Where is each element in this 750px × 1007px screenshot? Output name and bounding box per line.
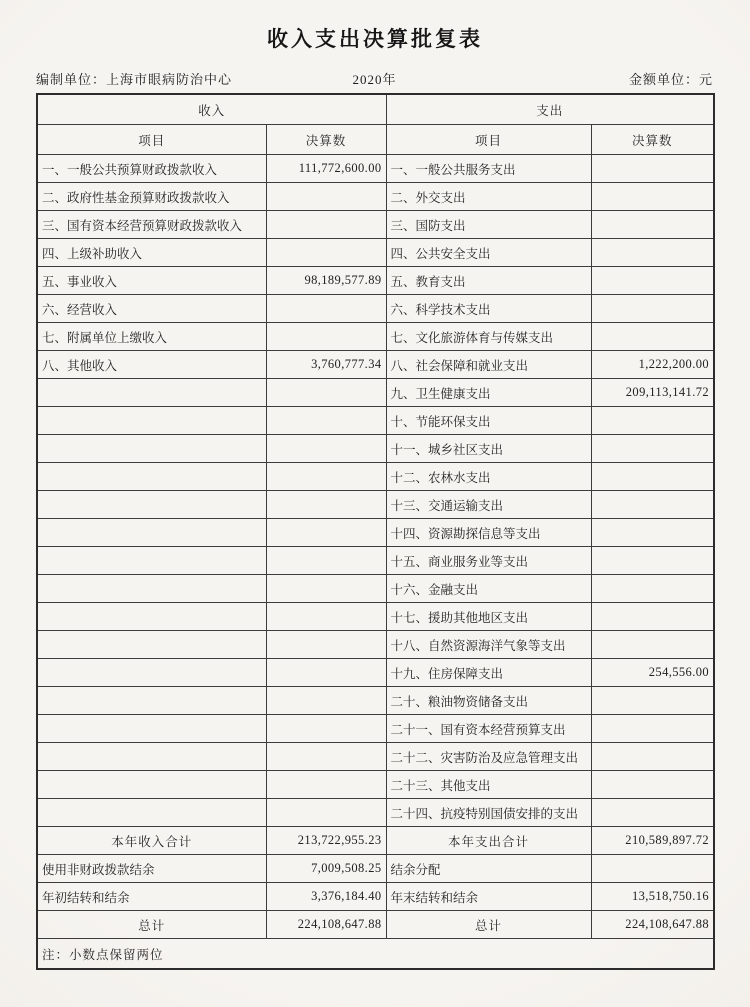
table-row: 十九、住房保障支出254,556.00 [37,659,714,687]
expense-total-amount: 13,518,750.16 [591,883,714,911]
document-page: 收入支出决算批复表 编制单位：上海市眼病防治中心 2020年 金额单位：元 收入… [0,0,750,1007]
expense-total-amount: 224,108,647.88 [591,911,714,939]
income-item-cell: 三、国有资本经营预算财政拨款收入 [37,211,266,239]
table-row: 七、附属单位上缴收入七、文化旅游体育与传媒支出 [37,323,714,351]
total-row: 年初结转和结余3,376,184.40年末结转和结余13,518,750.16 [37,883,714,911]
income-item-cell [37,715,266,743]
income-amount-cell [266,715,386,743]
expense-amount-cell [591,211,714,239]
expense-amount-header: 决算数 [591,125,714,155]
meta-row: 编制单位：上海市眼病防治中心 2020年 金额单位：元 [36,69,713,88]
income-amount-cell: 111,772,600.00 [266,155,386,183]
expense-amount-cell: 254,556.00 [591,659,714,687]
income-item-cell [37,771,266,799]
page-title: 收入支出决算批复表 [0,0,750,52]
expense-amount-cell [591,407,714,435]
income-amount-cell [266,631,386,659]
table-row: 十八、自然资源海洋气象等支出 [37,631,714,659]
total-row: 本年收入合计213,722,955.23本年支出合计210,589,897.72 [37,827,714,855]
total-row: 使用非财政拨款结余7,009,508.25结余分配 [37,855,714,883]
income-amount-cell [266,603,386,631]
income-item-cell: 一、一般公共预算财政拨款收入 [37,155,266,183]
income-item-cell [37,603,266,631]
expense-item-cell: 十八、自然资源海洋气象等支出 [386,631,591,659]
expense-total-label: 结余分配 [386,855,591,883]
income-total-label: 使用非财政拨款结余 [37,855,266,883]
income-item-cell [37,631,266,659]
income-amount-cell [266,211,386,239]
expense-amount-cell [591,155,714,183]
income-amount-cell [266,379,386,407]
income-total-label: 总计 [37,911,266,939]
expense-amount-cell [591,323,714,351]
expense-item-cell: 二十一、国有资本经营预算支出 [386,715,591,743]
income-item-cell [37,743,266,771]
expense-item-cell: 二十、粮油物资储备支出 [386,687,591,715]
amount-unit-label: 金额单位：元 [487,69,713,88]
expense-item-cell: 八、社会保障和就业支出 [386,351,591,379]
expense-item-cell: 二十四、抗疫特别国债安排的支出 [386,799,591,827]
income-amount-cell [266,435,386,463]
expense-total-label: 总计 [386,911,591,939]
expense-amount-cell [591,267,714,295]
income-item-cell: 六、经营收入 [37,295,266,323]
income-amount-cell [266,407,386,435]
expense-item-cell: 十六、金融支出 [386,575,591,603]
income-section-header: 收入 [37,94,386,125]
expense-item-cell: 九、卫生健康支出 [386,379,591,407]
expense-amount-cell [591,799,714,827]
expense-item-cell: 十三、交通运输支出 [386,491,591,519]
expense-total-label: 本年支出合计 [386,827,591,855]
income-amount-cell [266,295,386,323]
expense-section-header: 支出 [386,94,714,125]
income-amount-cell [266,575,386,603]
expense-amount-cell [591,771,714,799]
expense-item-cell: 十二、农林水支出 [386,463,591,491]
table-row: 三、国有资本经营预算财政拨款收入三、国防支出 [37,211,714,239]
income-item-cell [37,687,266,715]
expense-item-cell: 十一、城乡社区支出 [386,435,591,463]
expense-amount-cell [591,687,714,715]
expense-item-cell: 二十二、灾害防治及应急管理支出 [386,743,591,771]
expense-item-cell: 十、节能环保支出 [386,407,591,435]
table-row: 八、其他收入3,760,777.34八、社会保障和就业支出1,222,200.0… [37,351,714,379]
table-row: 二十四、抗疫特别国债安排的支出 [37,799,714,827]
table-row: 十七、援助其他地区支出 [37,603,714,631]
income-item-cell: 四、上级补助收入 [37,239,266,267]
expense-item-cell: 四、公共安全支出 [386,239,591,267]
income-amount-cell [266,323,386,351]
note-row: 注：小数点保留两位 [37,939,714,970]
expense-item-cell: 五、教育支出 [386,267,591,295]
income-item-cell: 五、事业收入 [37,267,266,295]
table-row: 二、政府性基金预算财政拨款收入二、外交支出 [37,183,714,211]
table-row: 一、一般公共预算财政拨款收入111,772,600.00一、一般公共服务支出 [37,155,714,183]
income-amount-cell [266,687,386,715]
income-amount-header: 决算数 [266,125,386,155]
income-amount-cell: 98,189,577.89 [266,267,386,295]
income-amount-cell [266,771,386,799]
expense-amount-cell [591,575,714,603]
expense-item-cell: 一、一般公共服务支出 [386,155,591,183]
income-amount-cell: 3,760,777.34 [266,351,386,379]
table-row: 十三、交通运输支出 [37,491,714,519]
income-total-label: 年初结转和结余 [37,883,266,911]
income-total-amount: 213,722,955.23 [266,827,386,855]
income-item-cell [37,435,266,463]
income-amount-cell [266,799,386,827]
expense-amount-cell [591,491,714,519]
expense-amount-cell [591,547,714,575]
income-item-header: 项目 [37,125,266,155]
income-total-amount: 7,009,508.25 [266,855,386,883]
expense-amount-cell [591,519,714,547]
table-row: 四、上级补助收入四、公共安全支出 [37,239,714,267]
expense-amount-cell [591,743,714,771]
income-amount-cell [266,463,386,491]
expense-item-cell: 十九、住房保障支出 [386,659,591,687]
expense-amount-cell: 1,222,200.00 [591,351,714,379]
expense-item-cell: 六、科学技术支出 [386,295,591,323]
income-item-cell [37,659,266,687]
income-item-cell [37,407,266,435]
note-text: 注：小数点保留两位 [37,939,714,970]
income-amount-cell [266,547,386,575]
income-amount-cell [266,659,386,687]
body-rows: 一、一般公共预算财政拨款收入111,772,600.00一、一般公共服务支出二、… [37,155,714,827]
table-row: 十五、商业服务业等支出 [37,547,714,575]
expense-item-cell: 十五、商业服务业等支出 [386,547,591,575]
table-row: 十四、资源勘探信息等支出 [37,519,714,547]
expense-item-cell: 二、外交支出 [386,183,591,211]
column-header-row: 项目 决算数 项目 决算数 [37,125,714,155]
income-item-cell [37,799,266,827]
expense-amount-cell: 209,113,141.72 [591,379,714,407]
expense-item-cell: 二十三、其他支出 [386,771,591,799]
income-item-cell [37,463,266,491]
income-item-cell [37,519,266,547]
table-row: 二十一、国有资本经营预算支出 [37,715,714,743]
income-amount-cell [266,183,386,211]
expense-item-cell: 十四、资源勘探信息等支出 [386,519,591,547]
expense-amount-cell [591,239,714,267]
table-row: 十二、农林水支出 [37,463,714,491]
total-row: 总计224,108,647.88总计224,108,647.88 [37,911,714,939]
income-item-cell [37,575,266,603]
income-amount-cell [266,491,386,519]
table-row: 十、节能环保支出 [37,407,714,435]
prepared-by-label: 编制单位：上海市眼病防治中心 [36,69,262,88]
table-row: 十一、城乡社区支出 [37,435,714,463]
expense-item-cell: 十七、援助其他地区支出 [386,603,591,631]
income-item-cell [37,547,266,575]
table-row: 九、卫生健康支出209,113,141.72 [37,379,714,407]
table-row: 二十三、其他支出 [37,771,714,799]
table-row: 二十、粮油物资储备支出 [37,687,714,715]
expense-item-cell: 三、国防支出 [386,211,591,239]
income-item-cell: 二、政府性基金预算财政拨款收入 [37,183,266,211]
expense-total-amount [591,855,714,883]
expense-amount-cell [591,435,714,463]
expense-amount-cell [591,603,714,631]
expense-total-amount: 210,589,897.72 [591,827,714,855]
expense-amount-cell [591,295,714,323]
expense-amount-cell [591,715,714,743]
expense-item-header: 项目 [386,125,591,155]
income-amount-cell [266,239,386,267]
expense-total-label: 年末结转和结余 [386,883,591,911]
income-total-amount: 3,376,184.40 [266,883,386,911]
table-row: 二十二、灾害防治及应急管理支出 [37,743,714,771]
table-row: 十六、金融支出 [37,575,714,603]
income-item-cell: 七、附属单位上缴收入 [37,323,266,351]
expense-amount-cell [591,631,714,659]
section-header-row: 收入 支出 [37,94,714,125]
income-amount-cell [266,743,386,771]
expense-amount-cell [591,463,714,491]
income-total-amount: 224,108,647.88 [266,911,386,939]
income-item-cell: 八、其他收入 [37,351,266,379]
table-row: 六、经营收入六、科学技术支出 [37,295,714,323]
budget-table: 收入 支出 项目 决算数 项目 决算数 一、一般公共预算财政拨款收入111,77… [36,93,715,970]
expense-amount-cell [591,183,714,211]
fiscal-year-label: 2020年 [262,69,488,88]
total-rows: 本年收入合计213,722,955.23本年支出合计210,589,897.72… [37,827,714,939]
table-row: 五、事业收入98,189,577.89五、教育支出 [37,267,714,295]
expense-item-cell: 七、文化旅游体育与传媒支出 [386,323,591,351]
income-item-cell [37,379,266,407]
income-total-label: 本年收入合计 [37,827,266,855]
income-item-cell [37,491,266,519]
income-amount-cell [266,519,386,547]
